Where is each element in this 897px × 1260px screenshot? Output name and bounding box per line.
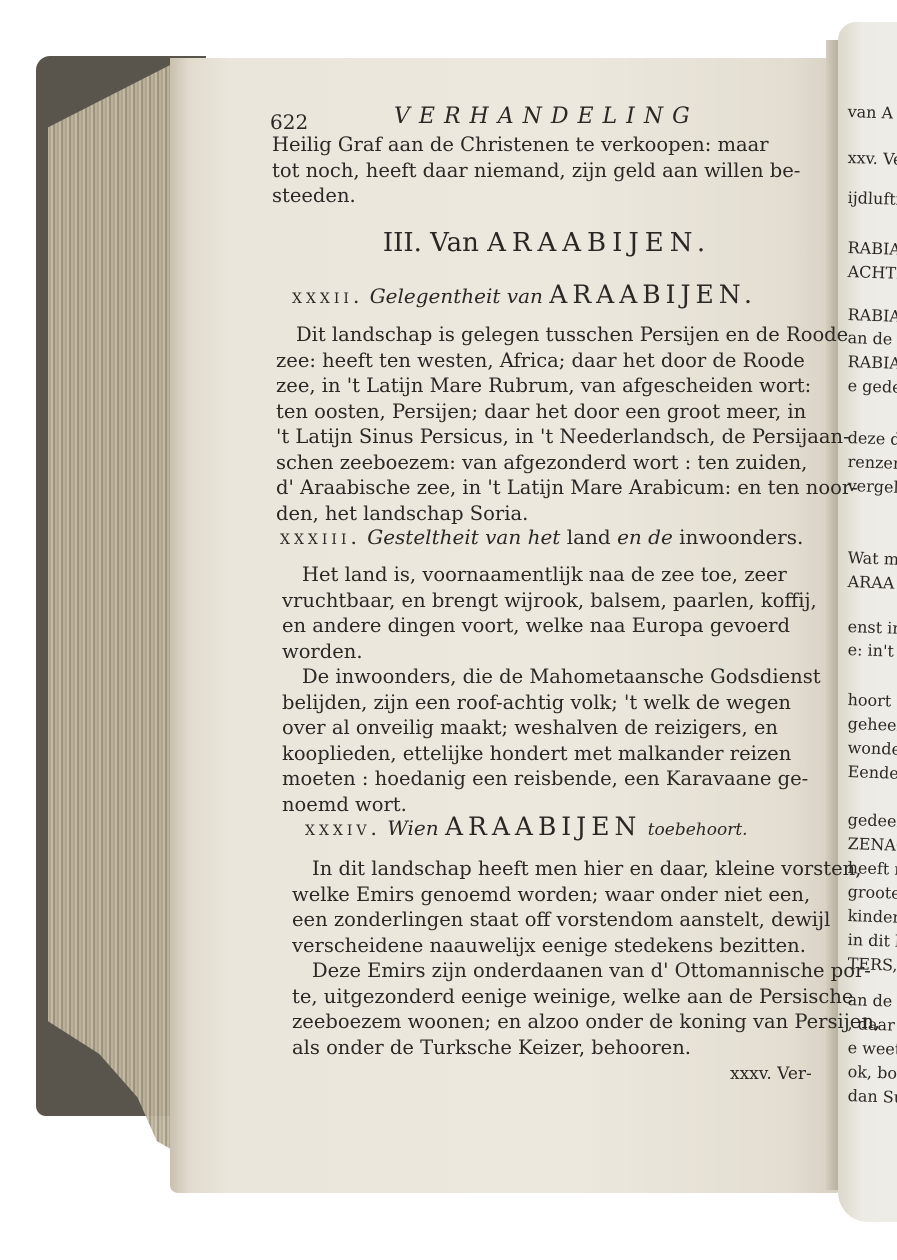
running-head: 622 VERHANDELING (270, 104, 830, 134)
text-line: zee: heeft ten westen, Africa; daar het … (276, 348, 821, 374)
text-line: vruchtbaar, en brengt wijrook, balsem, p… (282, 588, 822, 614)
right-page-fragment: renzen; ze (847, 452, 897, 474)
text-line: Dit landschap is gelegen tusschen Persij… (276, 322, 821, 348)
section-title-caps: ARAABIJEN (445, 812, 641, 841)
text-line: In dit landschap heeft men hier en daar,… (292, 856, 822, 882)
right-page-fragment: gedeelte i (847, 810, 897, 832)
chapter-heading: III. Van ARAABIJEN. (262, 228, 832, 258)
text-line: d' Araabische zee, in 't Latijn Mare Ara… (276, 475, 821, 501)
intro-paragraph: Heilig Graf aan de Christenen te verkoop… (272, 132, 817, 209)
right-page-fragment: ok, booven (847, 1062, 897, 1084)
section-heading-32: xxxii. Gelegentheit van ARAABIJEN. (292, 280, 757, 309)
chapter-number: III. Van (383, 228, 479, 258)
text-line: welke Emirs genoemd worden; waar onder n… (292, 882, 822, 908)
right-page-fragment: van A (847, 102, 893, 123)
text-line: zee, in 't Latijn Mare Rubrum, van afges… (276, 373, 821, 399)
text-line: belijden, zijn een roof-achtig volk; 't … (282, 690, 822, 716)
text-line: over al onveilig maakt; weshalven de rei… (282, 715, 822, 741)
right-page-fragment: e: in't no (847, 640, 897, 661)
section-heading-33: xxxiii. Gesteltheit van het land en de i… (280, 525, 803, 549)
section-number: xxxii. (292, 284, 363, 308)
section-title-italic: Wien (387, 816, 438, 840)
text-line: schen zeeboezem: van afgezonderd wort : … (276, 450, 821, 476)
text-line: Het land is, voornaamentlijk naa de zee … (282, 562, 822, 588)
text-line: Deze Emirs zijn onderdaanen van d' Ottom… (292, 958, 822, 984)
text-line: worden. (282, 639, 822, 665)
running-head-title: VERHANDELING (394, 104, 699, 129)
right-page-fragment: Wat men (847, 548, 897, 569)
text-line: tot noch, heeft daar niemand, zijn geld … (272, 158, 817, 184)
open-book-photo: 622 VERHANDELING Heilig Graf aan de Chri… (0, 0, 897, 1260)
text-line: steeden. (272, 183, 817, 209)
section-title-italic: en de (617, 525, 673, 549)
chapter-title: ARAABIJEN. (487, 228, 711, 258)
catchword: xxxv. Ver- (730, 1064, 812, 1084)
section-34-body: In dit landschap heeft men hier en daar,… (292, 856, 822, 1060)
section-title-italic: Gelegentheit van (370, 284, 543, 308)
right-page-fragment: , daar de (847, 1014, 897, 1035)
section-heading-34: xxxiv. Wien ARAABIJEN toebehoort. (305, 812, 748, 841)
section-number: xxxiii. (280, 525, 361, 549)
text-line: verscheidene naauwelijx eenige stedekens… (292, 933, 822, 959)
right-page-fragment: e gedeelte (847, 376, 897, 398)
text-line: ten oosten, Persijen; daar het door een … (276, 399, 821, 425)
section-title-caps: ARAABIJEN. (549, 280, 757, 309)
right-page-fragment: dan Suez (847, 1086, 897, 1108)
right-page-fragment: geheel Ar (847, 714, 897, 736)
right-page-fragment: RABIA PET (847, 238, 897, 260)
section-33-body: Het land is, voornaamentlijk naa de zee … (282, 562, 822, 817)
section-number: xxxiv. (305, 816, 381, 840)
right-page-fragment: ijdluftig lan (847, 188, 897, 210)
right-page-fragment: e weeten, (847, 1038, 897, 1060)
right-page-fragment: ARAA (847, 572, 894, 593)
text-line: moeten : hoedanig een reisbende, een Kar… (282, 766, 822, 792)
section-title-italic: Gesteltheit van het (367, 525, 560, 549)
text-line: als onder de Turksche Keizer, behooren. (292, 1035, 822, 1061)
page-block-edge (48, 62, 176, 1152)
right-page-fragment: hoort onde (847, 690, 897, 712)
right-page-fragment: kinderen v (847, 906, 897, 928)
right-page-fragment: heeft men (847, 858, 897, 880)
text-line: kooplieden, ettelijke hondert met malkan… (282, 741, 822, 767)
right-page-fragment: Eenden, (dat (847, 762, 897, 785)
page-number: 622 (270, 110, 308, 134)
text-line: en andere dingen voort, welke naa Europa… (282, 613, 822, 639)
text-line: zeeboezem woonen; en alzoo onder de koni… (292, 1009, 822, 1035)
right-page-fragment: RABIA DE (847, 305, 897, 327)
right-page-fragment: deze drie d (847, 428, 897, 450)
text-line: te, uitgezonderd eenige weinige, welke a… (292, 984, 822, 1010)
right-page-fragment: wonders me (847, 738, 897, 760)
right-page-fragment: an de Euph (847, 328, 897, 350)
text-line: De inwoonders, die de Mahometaansche God… (282, 664, 822, 690)
right-page-fragment: an de Rood (847, 990, 897, 1012)
section-title-text: land (567, 525, 611, 549)
section-32-body: Dit landschap is gelegen tusschen Persij… (276, 322, 821, 526)
right-page-fragment: vergelijk (847, 476, 897, 497)
text-line: den, het landschap Soria. (276, 501, 821, 527)
right-page-fragment: enst in 't v (847, 617, 897, 639)
right-page-fragment: ACHTIG A (847, 262, 897, 284)
text-line: Heilig Graf aan de Christenen te verkoop… (272, 132, 817, 158)
right-page-fragment: groote w (847, 882, 897, 903)
right-page-fragment: ZENACHTIG (847, 834, 897, 857)
right-page-fragment: xxv. Verdeel (847, 148, 897, 170)
section-title-italic: toebehoort. (648, 820, 748, 840)
right-page-fragment: RABIA F (847, 352, 897, 373)
text-line: 't Latijn Sinus Persicus, in 't Neederla… (276, 424, 821, 450)
text-line: een zonderlingen staat off vorstendom aa… (292, 907, 822, 933)
section-title-text: inwoonders. (679, 525, 803, 549)
right-page-fragment: TERS, Mi (847, 954, 897, 976)
